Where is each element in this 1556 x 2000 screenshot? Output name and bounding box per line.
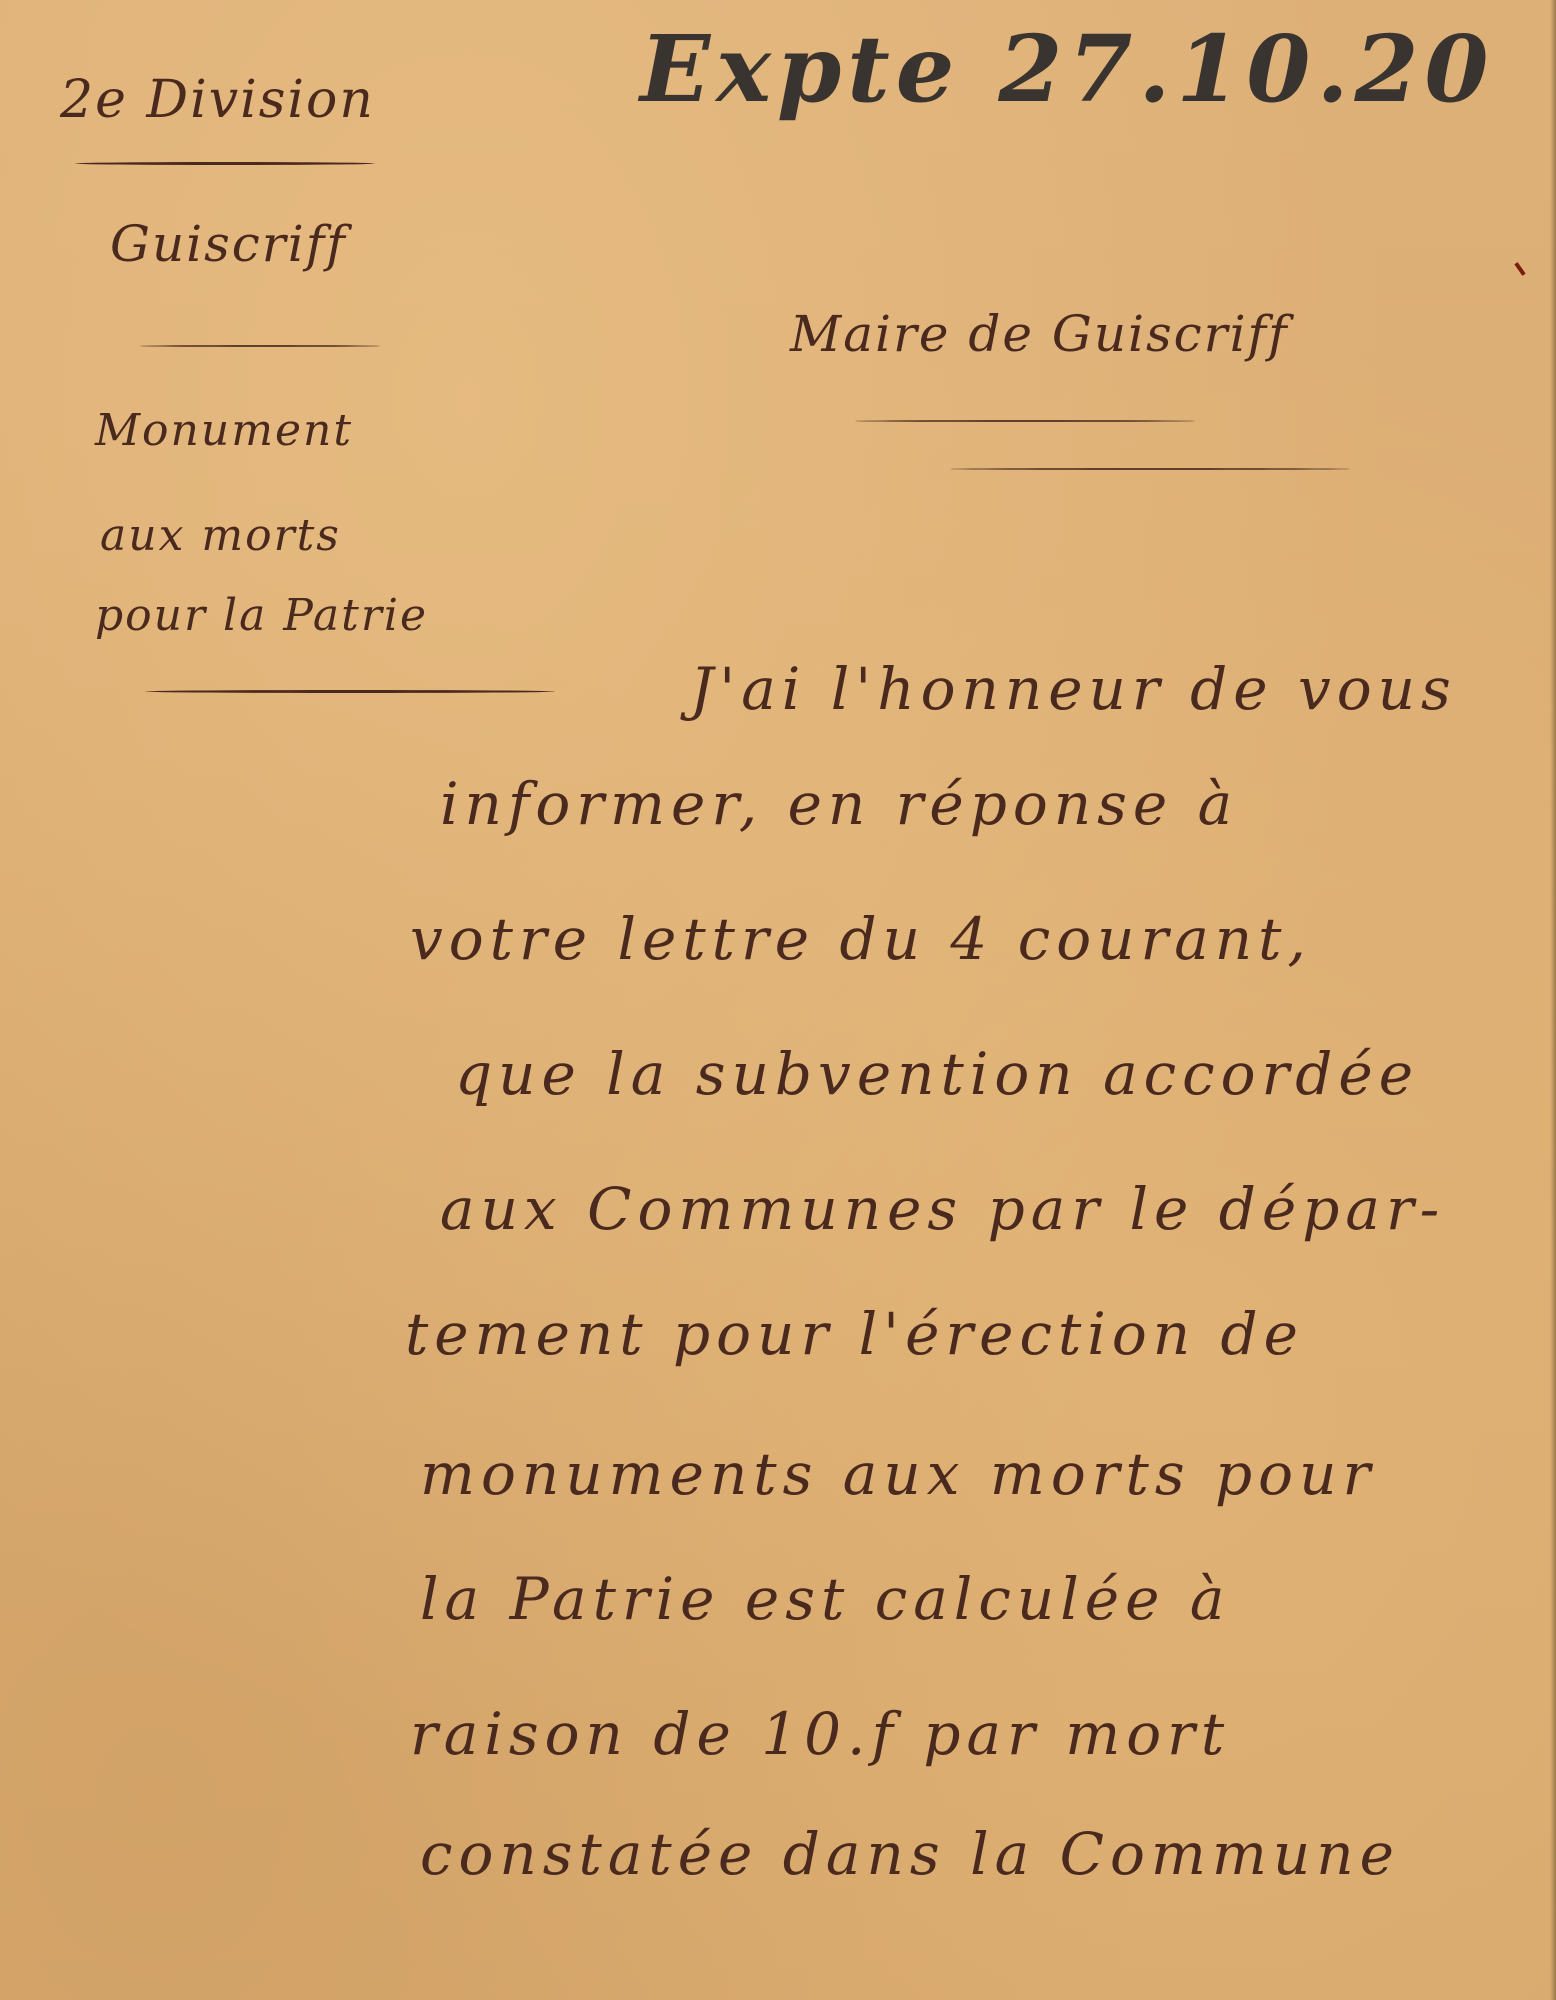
body-line-6: tement pour l'érection de xyxy=(405,1300,1304,1368)
body-line-3: votre lettre du 4 courant, xyxy=(410,905,1312,973)
margin-subject-line-1: Monument xyxy=(95,405,353,456)
body-line-9: raison de 10.f par mort xyxy=(410,1700,1230,1768)
body-line-4: que la subvention accordée xyxy=(455,1040,1419,1108)
body-line-10: constatée dans la Commune xyxy=(420,1820,1400,1888)
margin-commune-label: Guiscriff xyxy=(110,215,347,273)
expedition-date: Expte 27.10.20 xyxy=(640,15,1495,123)
subject-underline xyxy=(145,690,555,693)
ink-mark xyxy=(1514,262,1525,276)
recipient-underline-1 xyxy=(855,420,1195,422)
margin-subject-line-2: aux morts xyxy=(100,510,341,561)
division-underline xyxy=(75,162,375,165)
recipient-line: Maire de Guiscriff xyxy=(790,305,1289,363)
body-line-2: informer, en réponse à xyxy=(440,770,1238,838)
body-line-5: aux Communes par le dépar- xyxy=(440,1175,1445,1243)
body-line-7: monuments aux morts pour xyxy=(420,1440,1376,1508)
recipient-underline-2 xyxy=(950,468,1350,470)
body-line-8: la Patrie est calculée à xyxy=(420,1565,1230,1633)
margin-subject-line-3: pour la Patrie xyxy=(95,590,428,641)
commune-underline xyxy=(140,345,380,347)
body-line-1: J'ai l'honneur de vous xyxy=(690,655,1457,723)
margin-division-label: 2e Division xyxy=(60,70,375,130)
letter-page: 2e Division Guiscriff Monument aux morts… xyxy=(0,0,1556,2000)
